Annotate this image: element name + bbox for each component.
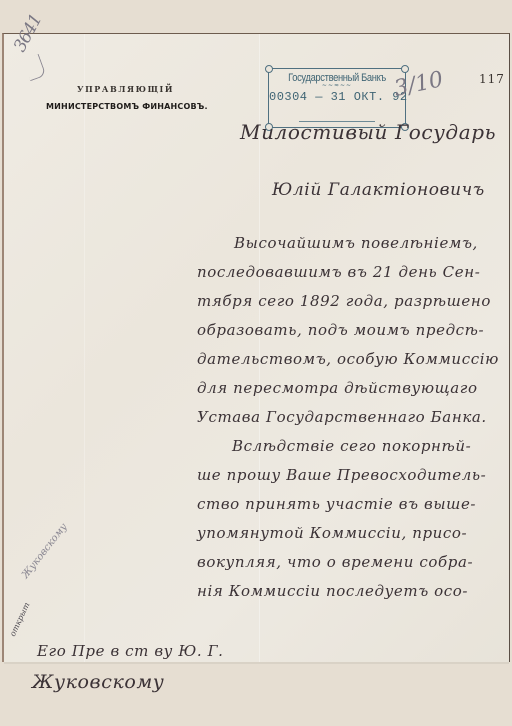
- body-line: нія Коммиссіи последуетъ осо-: [197, 582, 468, 600]
- stamp-title: Государственный Банкъ: [279, 72, 395, 84]
- body-line: образовать, подъ моимъ предсѣ-: [197, 321, 484, 339]
- addressee-name: Жуковскому: [32, 671, 164, 693]
- body-line: Высочайшимъ повелѣніемъ,: [234, 234, 478, 252]
- document-page: 3641 УПРАВЛЯЮЩІЙ МИНИСТЕРСТВОМЪ ФИНАНСОВ…: [2, 33, 510, 662]
- body-line: ство принять участіе въ выше-: [197, 495, 476, 513]
- addressee-title: Его Пре в ст ву Ю. Г.: [37, 642, 223, 660]
- letterhead: УПРАВЛЯЮЩІЙ МИНИСТЕРСТВОМЪ ФИНАНСОВЪ.: [44, 84, 244, 111]
- letterhead-title: УПРАВЛЯЮЩІЙ: [77, 84, 244, 94]
- salutation-line-1: Милостивый Государь: [240, 120, 496, 144]
- stamp-ornament: ~~≈~~: [269, 84, 405, 88]
- body-line: упомянутой Коммиссіи, присо-: [197, 524, 467, 542]
- folio-number: 117: [479, 72, 505, 86]
- margin-pencil-note: Жуковскому: [20, 522, 70, 581]
- body-line: дательствомъ, особую Коммиссію: [197, 350, 499, 368]
- stamp-corner-ornament: [401, 65, 409, 73]
- letterhead-ministry: МИНИСТЕРСТВОМЪ ФИНАНСОВЪ.: [46, 102, 244, 111]
- body-line: вокупляя, что о времени собра-: [197, 553, 473, 571]
- stamp-corner-ornament: [265, 65, 273, 73]
- salutation-line-2: Юлій Галактіоновичъ: [272, 180, 485, 200]
- fold-line: [84, 34, 85, 662]
- body-line: последовавшимъ въ 21 день Сен-: [197, 263, 480, 281]
- body-line: ше прошу Ваше Превосходитель-: [197, 466, 486, 484]
- body-line: Вслѣдствіе сего покорнѣй-: [232, 437, 471, 455]
- archive-pencil-mark: [23, 54, 47, 81]
- body-line: для пересмотра дѣйствующаго: [197, 379, 478, 397]
- state-bank-stamp: Государственный Банкъ ~~≈~~ 00304 — 31 О…: [268, 68, 406, 128]
- stamp-registration-number: 00304 — 31 ОКТ. 92: [269, 90, 405, 104]
- body-line: тября сего 1892 года, разрѣшено: [197, 292, 491, 310]
- archive-number: 3641: [10, 11, 46, 55]
- margin-ink-note: открыт: [8, 601, 32, 638]
- body-line: Устава Государственнаго Банка.: [197, 408, 487, 426]
